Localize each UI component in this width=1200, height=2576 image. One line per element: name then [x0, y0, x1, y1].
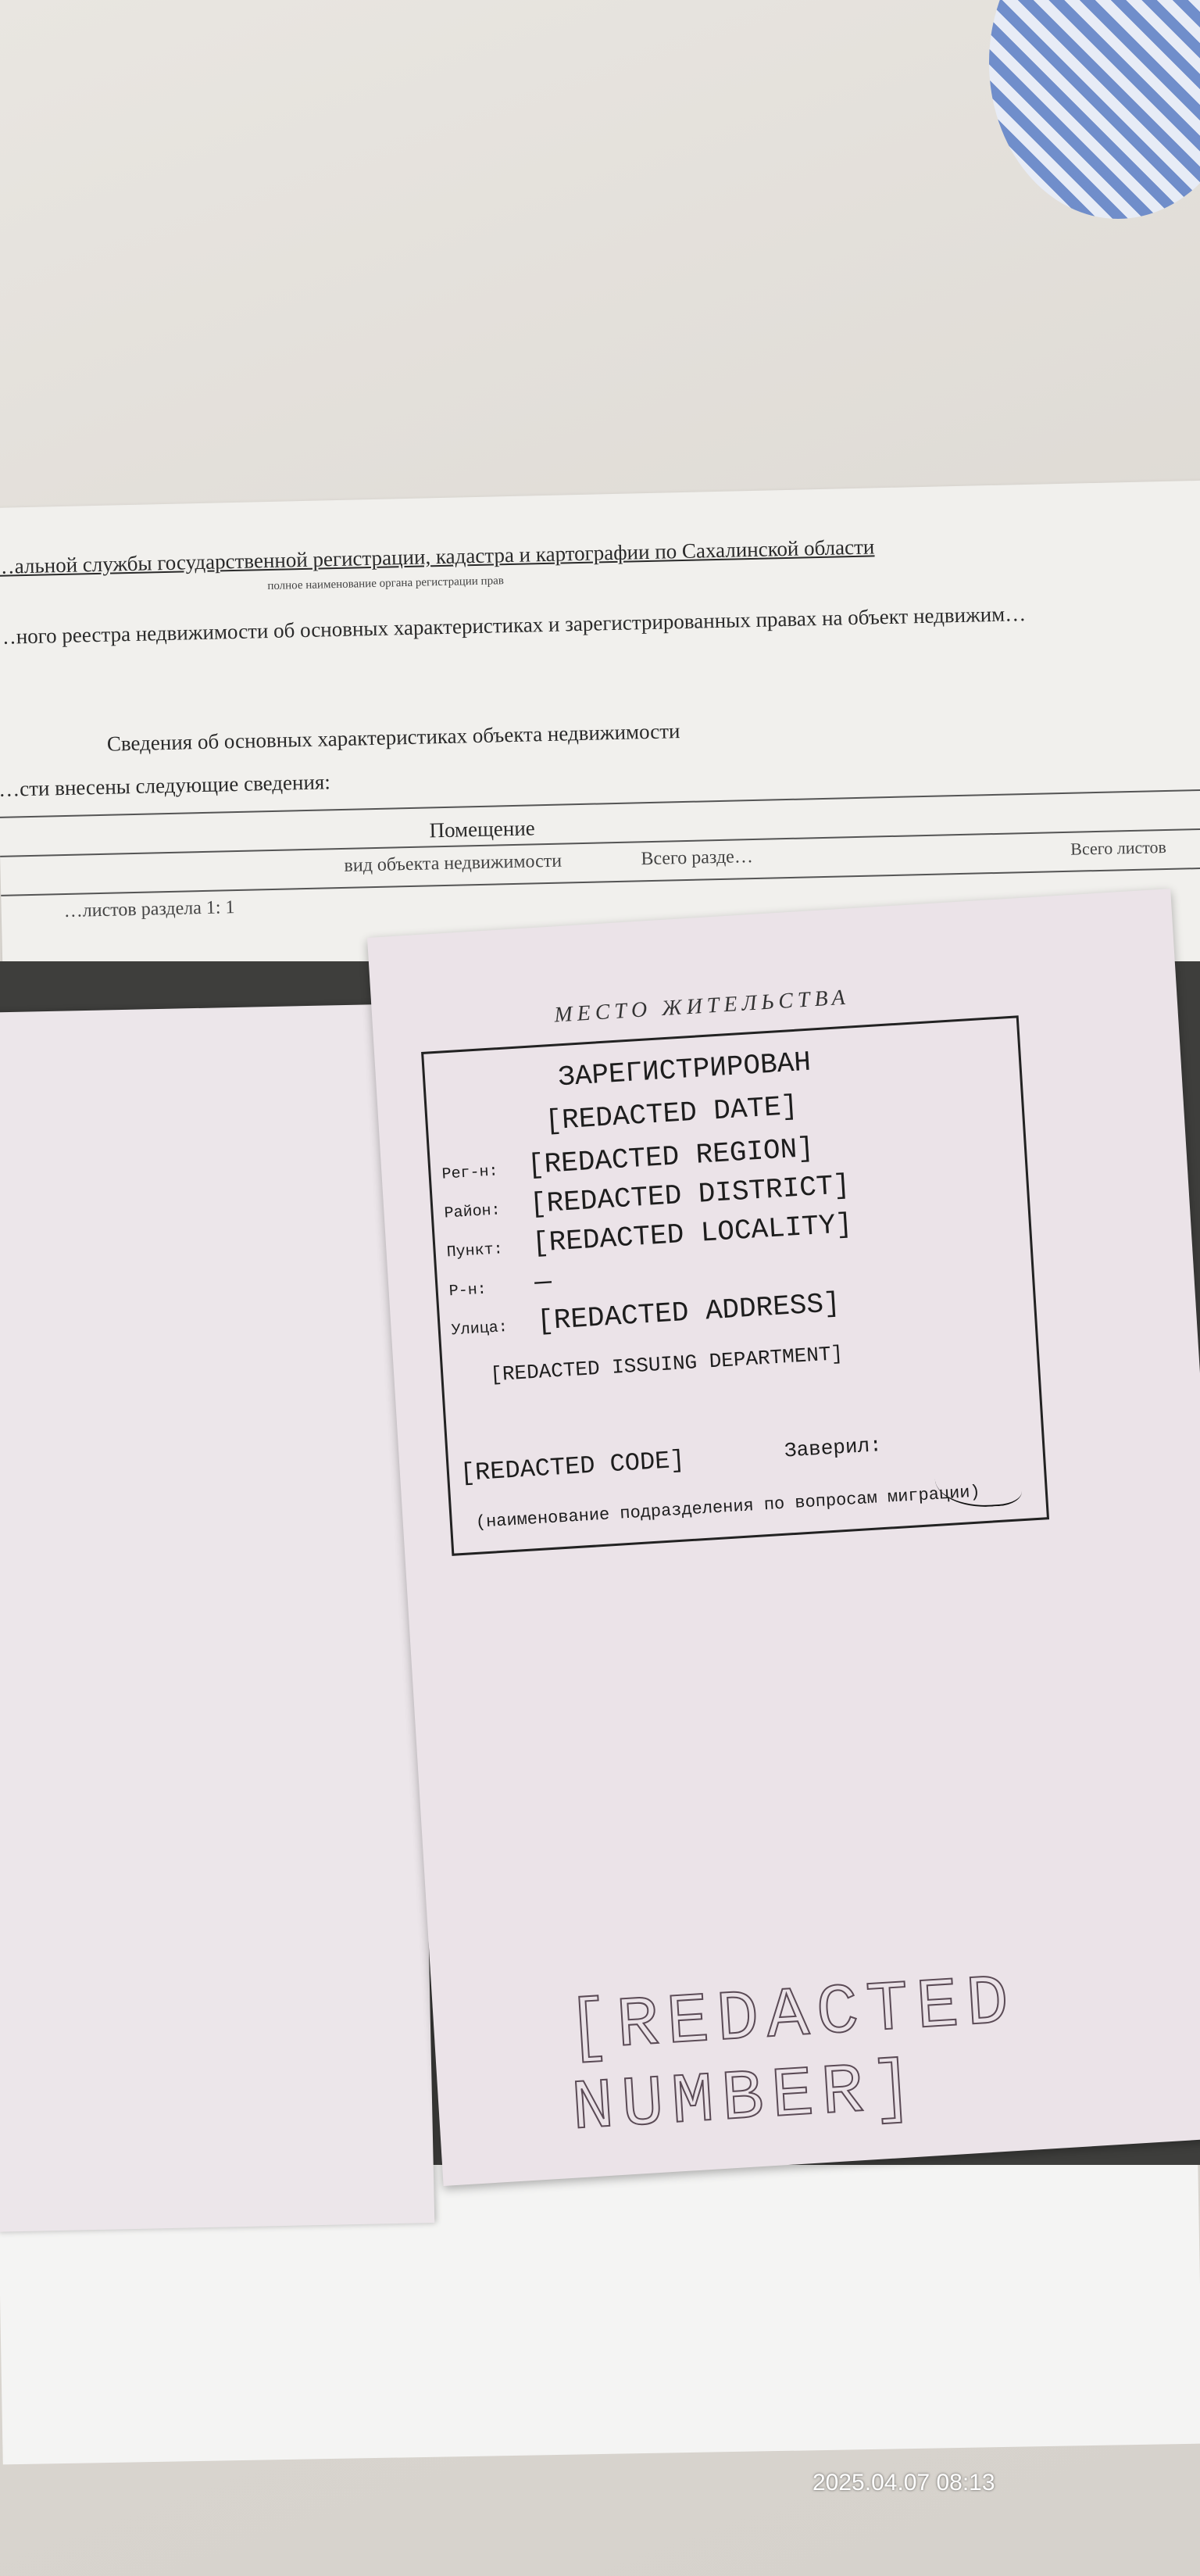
- intro-line: …сти внесены следующие сведения:: [0, 770, 330, 802]
- extract-title: …ного реестра недвижимости об основных х…: [0, 602, 1027, 649]
- table-cell-sheets-count: …листов раздела 1: 1: [63, 897, 234, 922]
- district-label: Район:: [444, 1200, 530, 1223]
- table-cell-sections: Всего разде…: [641, 846, 753, 870]
- stamp-title: МЕСТО ЖИТЕЛЬСТВА: [554, 985, 851, 1028]
- street-value: [REDACTED ADDRESS]: [536, 1287, 841, 1338]
- department-code: [REDACTED CODE]: [459, 1445, 686, 1488]
- table-cell-object-type: Помещение: [429, 816, 535, 843]
- decorative-plate: [989, 0, 1200, 219]
- photo-timestamp: 2025.04.07 08:13: [812, 2470, 995, 2496]
- authority-caption: полное наименование органа регистрации п…: [267, 574, 504, 593]
- registration-stamp: МЕСТО ЖИТЕЛЬСТВА ЗАРЕГИСТРИРОВАН [REDACT…: [421, 1015, 1049, 1556]
- locality-label: Пункт:: [446, 1239, 533, 1262]
- passport-left-page: [0, 1004, 434, 2231]
- passport-right-page: МЕСТО ЖИТЕЛЬСТВА ЗАРЕГИСТРИРОВАН [REDACT…: [367, 889, 1200, 2186]
- authority-header: …альной службы государственной регистрац…: [0, 535, 875, 579]
- rn-value: —: [534, 1265, 552, 1298]
- perforated-passport-number: [REDACTED NUMBER]: [565, 1950, 1200, 2150]
- street-label: Улица:: [451, 1317, 537, 1340]
- table-cell-caption: вид объекта недвижимости: [344, 851, 562, 877]
- table-cell-sheets: Всего листов: [1070, 837, 1166, 860]
- section-heading: Сведения об основных характеристиках объ…: [107, 719, 680, 757]
- registration-date: [REDACTED DATE]: [545, 1090, 799, 1138]
- table-rule: [1, 867, 1200, 896]
- registration-status: ЗАРЕГИСТРИРОВАН: [557, 1046, 812, 1094]
- issuing-department: [REDACTED ISSUING DEPARTMENT]: [490, 1342, 844, 1387]
- rn-label: Р-н:: [448, 1278, 535, 1301]
- department-footnote: (наименование подразделения по вопросам …: [475, 1482, 980, 1532]
- region-label: Рег-н:: [441, 1161, 528, 1184]
- table-rule: [0, 828, 1200, 857]
- certified-label: Заверил:: [784, 1433, 882, 1463]
